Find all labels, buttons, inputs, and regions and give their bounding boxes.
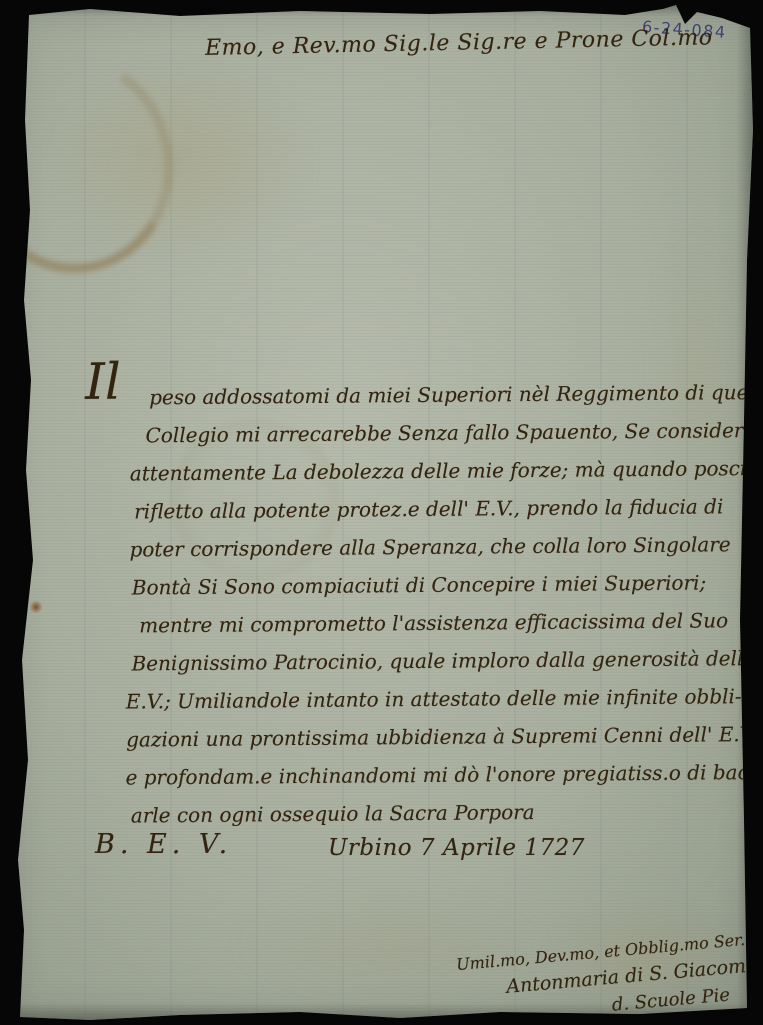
signature-block: Umil.mo, Dev.mo, et Obblig.mo Ser.le Ant…: [455, 925, 761, 1025]
manuscript-photograph: 6-24-084 Emo, e Rev.mo Sig.le Sig.re e P…: [0, 0, 763, 1025]
body-line-3: attentamente La debolezza delle mie forz…: [92, 449, 742, 493]
letter-paper-sheet: 6-24-084 Emo, e Rev.mo Sig.le Sig.re e P…: [0, 0, 763, 1025]
body-line-9: E.V.; Umiliandole intanto in attestato d…: [94, 677, 744, 721]
salutation-line: Emo, e Rev.mo Sig.le Sig.re e Prone Col.…: [205, 26, 675, 61]
stain-top-wash: [40, 55, 320, 265]
body-line-4: rifletto alla potente protez.e dell' E.V…: [92, 487, 742, 531]
valediction: B. E. V.: [95, 829, 232, 860]
body-line-8: Benignissimo Patrocinio, quale imploro d…: [93, 639, 743, 683]
body-line-1: peso addossatomi da miei Superiori nèl R…: [91, 373, 741, 417]
stain-rust-spot: [29, 601, 43, 613]
body-line-5: poter corrispondere alla Speranza, che c…: [92, 525, 742, 569]
dateline: Urbino 7 Aprile 1727: [328, 835, 585, 861]
body-line-6: Bontà Si Sono compiaciuti di Concepire i…: [93, 563, 743, 607]
body-line-10: gazioni una prontissima ubbidienza à Sup…: [94, 715, 744, 759]
letter-body: Il peso addossatomi da miei Superiori nè…: [91, 373, 745, 835]
body-line-2: Collegio mi arrecarebbe Senza fallo Spau…: [91, 411, 741, 455]
body-line-11: e profondam.e inchinandomi mi dò l'onore…: [94, 753, 744, 797]
stain-curved-tideline: [0, 36, 193, 291]
body-line-7: mentre mi comprometto l'assistenza effic…: [93, 601, 743, 645]
opening-initial: Il: [85, 363, 121, 401]
